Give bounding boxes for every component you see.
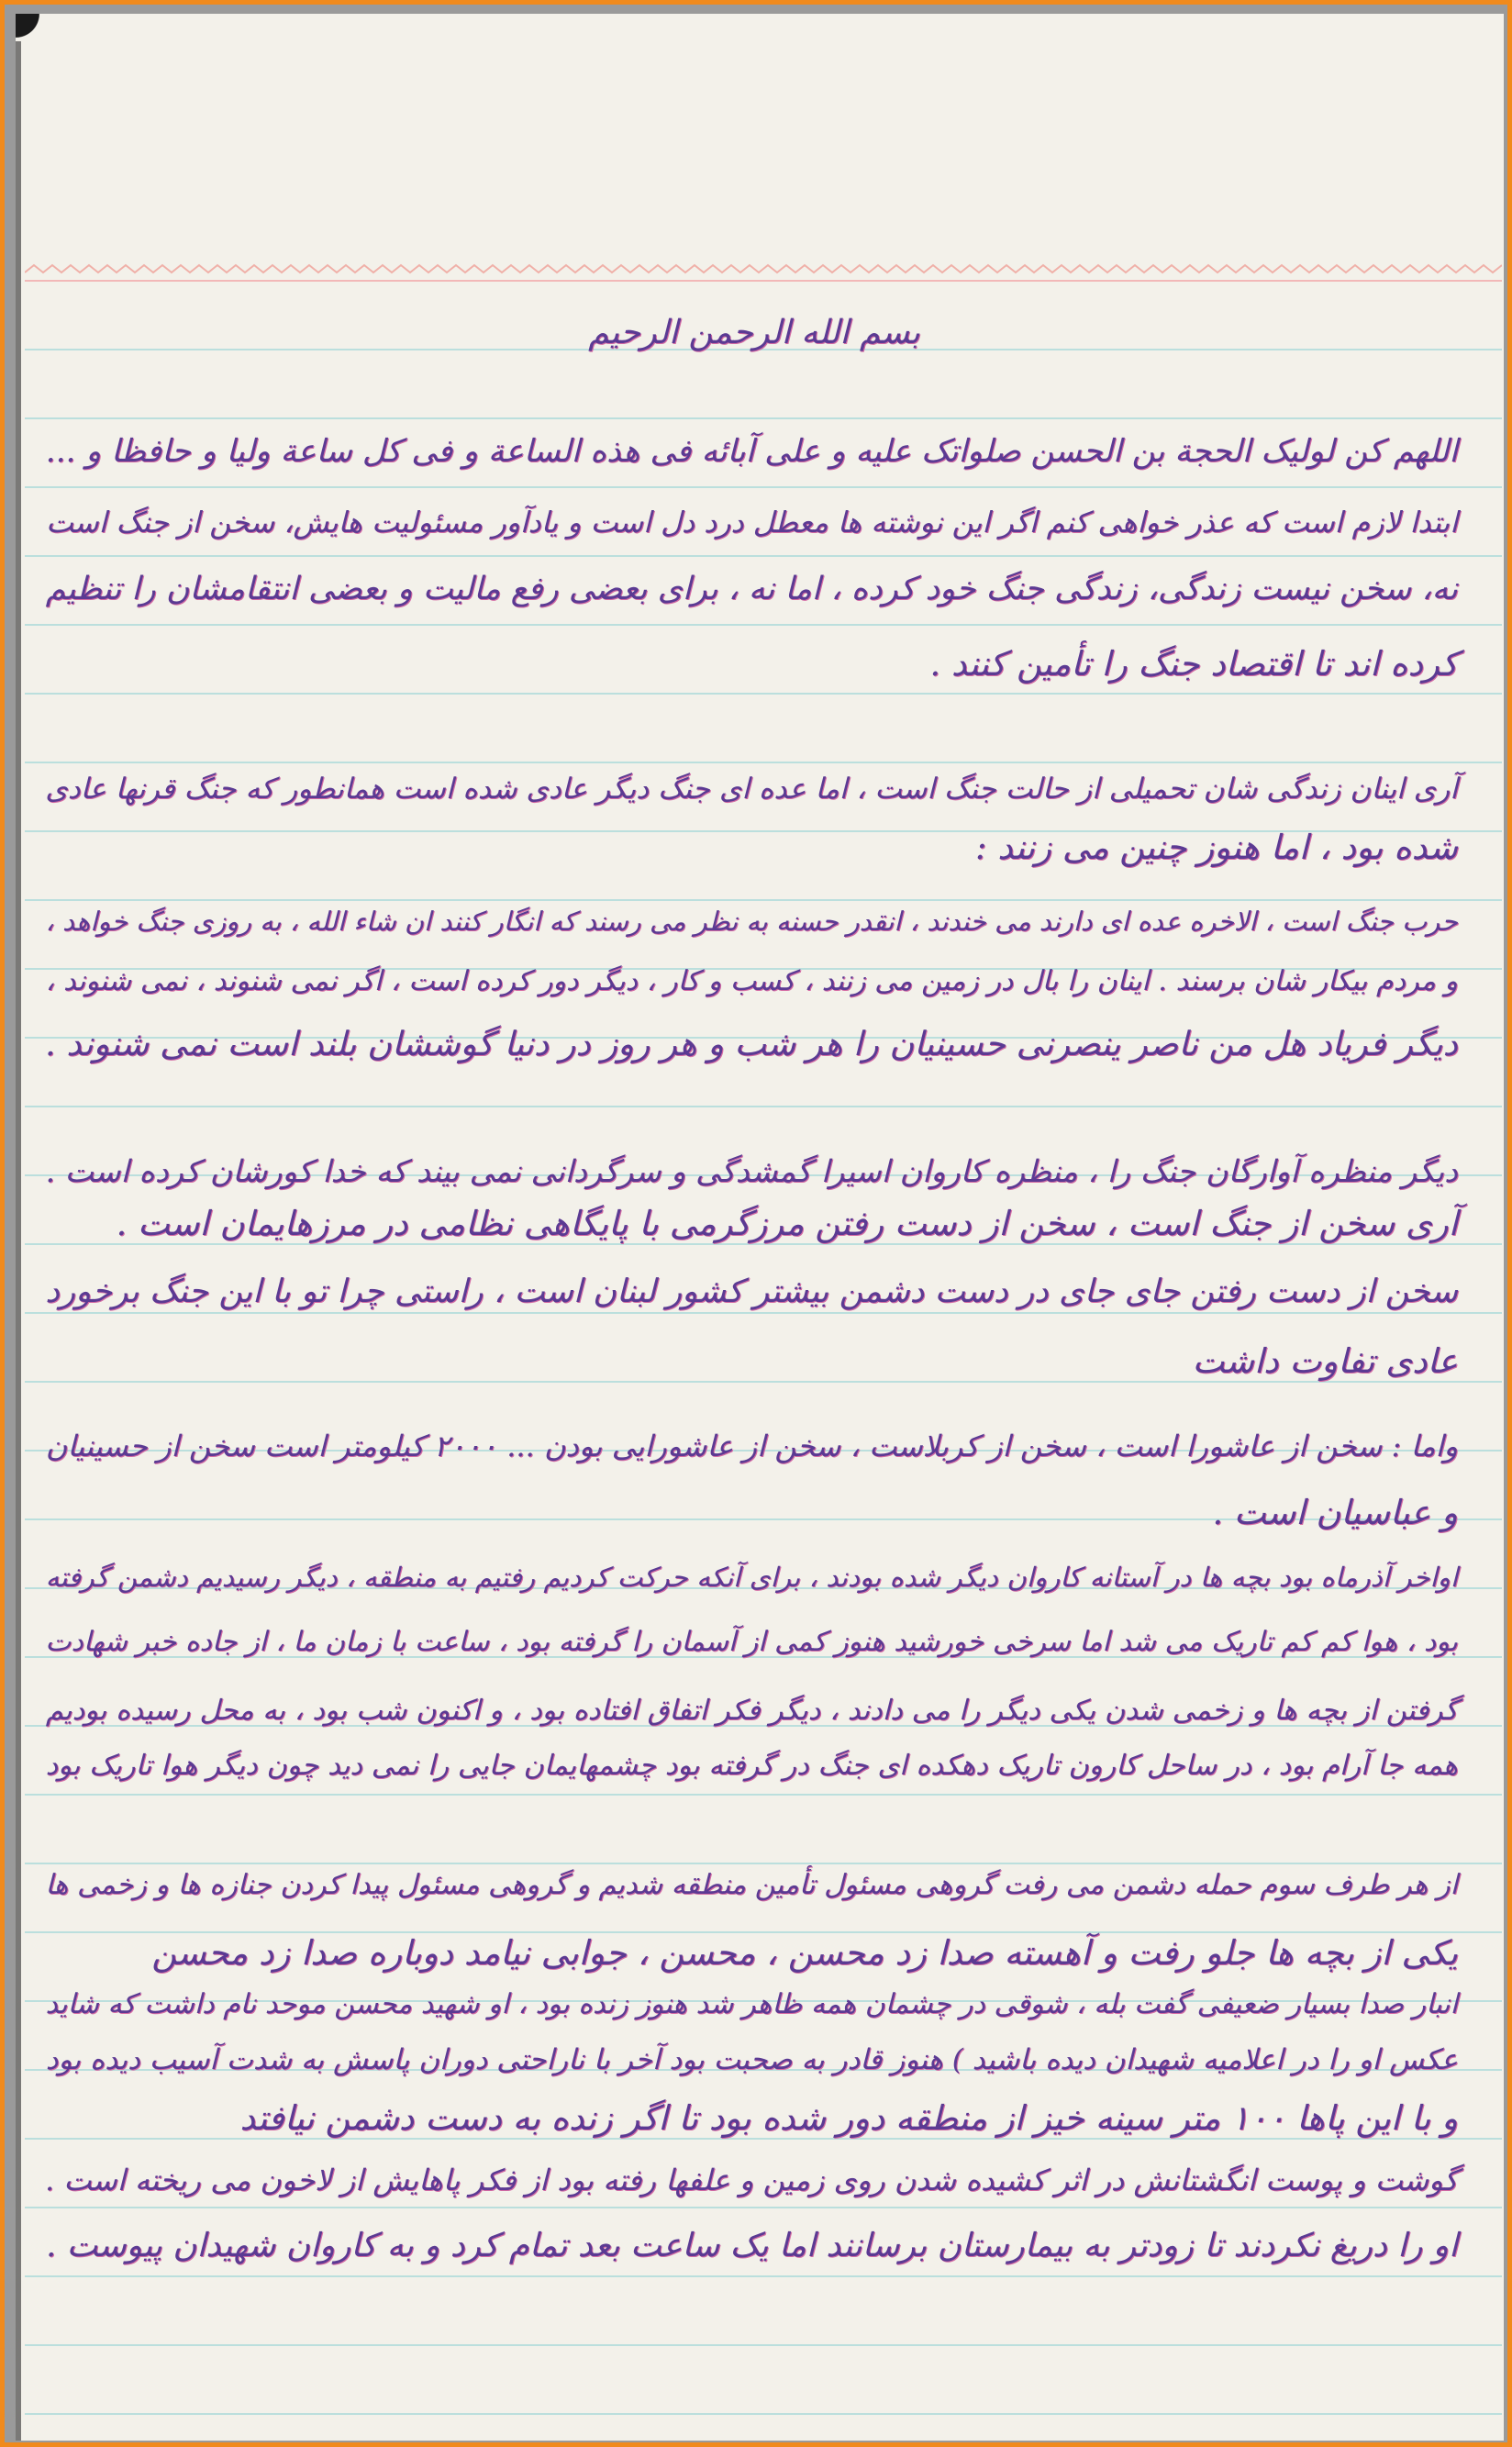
- handwritten-line: از هر طرف سوم حمله دشمن می رفت گروهی مسئ…: [45, 1872, 1458, 1899]
- handwritten-line: دیگر منظره آوارگان جنگ را ، منظره کاروان…: [45, 1156, 1458, 1186]
- handwritten-line: عکس او را در اعلامیه شهیدان دیده باشید )…: [46, 2046, 1458, 2074]
- handwritten-line: عادی تفاوت داشت: [1193, 1344, 1458, 1378]
- ruled-line: [25, 1794, 1502, 1796]
- ruled-line: [25, 693, 1502, 695]
- ruled-line: [25, 1312, 1502, 1314]
- handwritten-line: اللهم کن لولیک الحجة بن الحسن صلواتک علی…: [46, 436, 1458, 467]
- handwritten-line: واما : سخن از عاشورا است ، سخن از کربلاس…: [46, 1431, 1458, 1461]
- handwritten-line: و عباسیان است .: [1212, 1496, 1458, 1529]
- handwritten-line: همه جا آرام بود ، در ساحل کارون تاریک ده…: [46, 1752, 1458, 1780]
- handwritten-line: سخن از دست رفتن جای جای در دست دشمن بیشت…: [45, 1275, 1458, 1307]
- handwritten-line: گرفتن از بچه ها و زخمی شدن یکی دیگر را م…: [46, 1697, 1458, 1726]
- handwritten-line: دیگر فریاد هل من ناصر ینصرنی حسینیان را …: [45, 1028, 1458, 1062]
- handwritten-line: کرده اند تا اقتصاد جنگ را تأمین کنند .: [929, 647, 1458, 681]
- handwritten-line: گوشت و پوست انگشتانش در اثر کشیده شدن رو…: [45, 2165, 1458, 2195]
- ruled-line: [25, 417, 1502, 419]
- top-margin-rule: [25, 280, 1502, 282]
- notebook-page: بسم الله الرحمن الرحیم اللهم کن لولیک ال…: [16, 14, 1504, 2441]
- ruled-line: [25, 2413, 1502, 2415]
- handwritten-line: اواخر آذرماه بود بچه ها در آستانه کاروان…: [46, 1564, 1458, 1591]
- handwritten-line: شده بود ، اما هنوز چنین می زنند :: [975, 830, 1458, 864]
- ruled-line: [25, 2207, 1502, 2208]
- ruled-line: [25, 624, 1502, 626]
- ruled-line: [25, 762, 1502, 763]
- page-perforation-zigzag: [25, 261, 1502, 276]
- letter-heading: بسم الله الرحمن الرحیم: [16, 317, 1493, 350]
- handwritten-line: آری سخن از جنگ است ، سخن از دست رفتن مرز…: [117, 1207, 1458, 1240]
- handwritten-line: حرب جنگ است ، الاخره عده ای دارند می خند…: [46, 908, 1459, 935]
- scan-frame: بسم الله الرحمن الرحیم اللهم کن لولیک ال…: [0, 0, 1512, 2447]
- handwritten-line: او را دریغ نکردند تا زودتر به بیمارستان …: [46, 2230, 1458, 2263]
- ruled-line: [25, 486, 1502, 488]
- ruled-line: [25, 555, 1502, 557]
- handwritten-line: انبار صدا بسیار ضعیفی گفت بله ، شوقی در …: [45, 1991, 1458, 2019]
- ruled-line: [25, 899, 1502, 901]
- handwritten-line: و مردم بیکار شان برسند . اینان را بال در…: [46, 968, 1458, 995]
- ruled-line: [25, 1106, 1502, 1107]
- ruled-line: [25, 1243, 1502, 1245]
- ruled-line: [25, 2138, 1502, 2140]
- handwritten-line: و با این پاها ۱۰۰ متر سینه خیز از منطقه …: [240, 2101, 1458, 2135]
- ruled-line: [25, 1381, 1502, 1383]
- ruled-line: [25, 2344, 1502, 2346]
- ruled-line: [25, 1863, 1502, 1864]
- handwritten-line: یکی از بچه ها جلو رفت و آهسته صدا زد محس…: [151, 1936, 1458, 1970]
- handwritten-line: ابتدا لازم است که عذر خواهی کنم اگر این …: [46, 509, 1458, 539]
- handwritten-line: بود ، هوا کم کم تاریک می شد اما سرخی خور…: [45, 1629, 1458, 1656]
- ruled-line: [25, 2275, 1502, 2277]
- handwritten-line: نه، سخن نیست زندگی، زندگی جنگ خود کرده ،…: [46, 573, 1458, 606]
- handwritten-line: آری اینان زندگی شان تحمیلی از حالت جنگ ا…: [45, 775, 1458, 804]
